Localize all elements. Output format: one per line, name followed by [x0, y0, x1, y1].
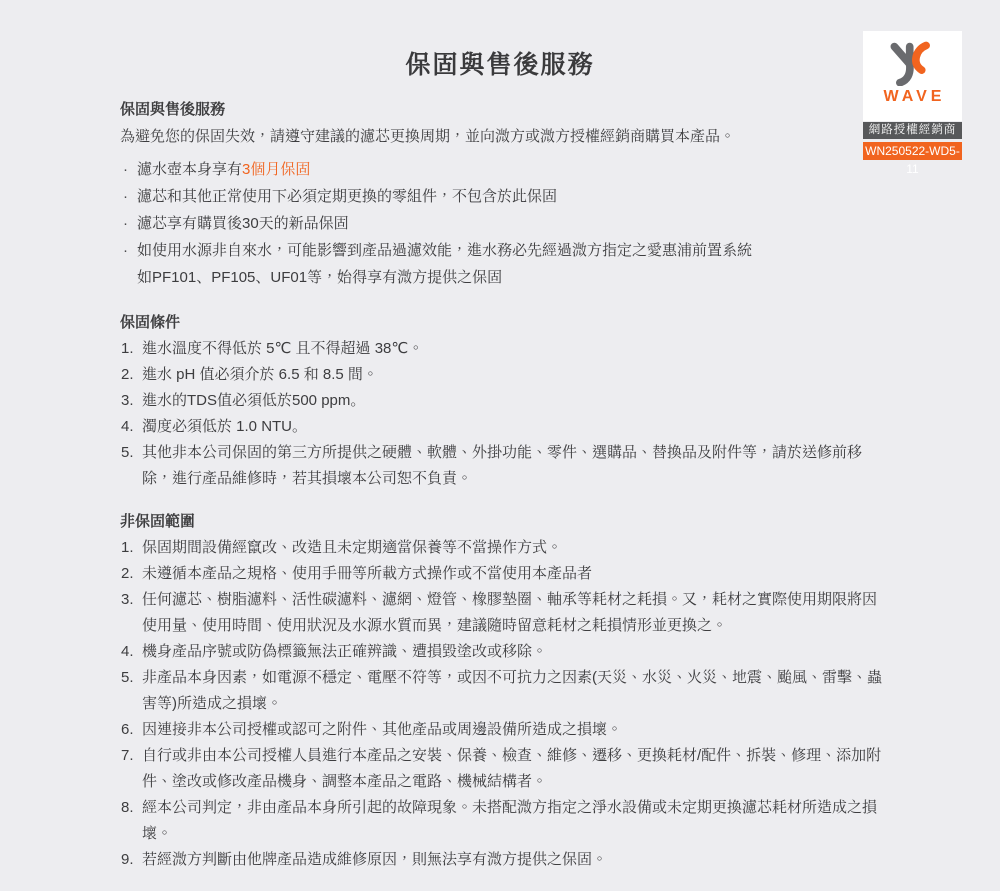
bullet-item: 濾水壺本身享有3個月保固: [120, 156, 886, 183]
list-item: 濁度必須低於 1.0 NTU。: [120, 414, 886, 440]
brand-logo-box: WAVE: [863, 31, 962, 121]
bullet-text: 濾水壺本身享有: [137, 161, 242, 178]
brand-wordmark: WAVE: [880, 88, 946, 106]
list-item: 機身產品序號或防偽標籤無法正確辨識、遭損毀塗改或移除。: [120, 639, 886, 665]
list-item: 進水溫度不得低於 5℃ 且不得超過 38℃。: [120, 336, 886, 362]
list-item: 若經溦方判斷由他牌產品造成維修原因，則無法享有溦方提供之保固。: [120, 847, 886, 873]
list-item: 經本公司判定，非由產品本身所引起的故障現象。未搭配溦方指定之淨水設備或未定期更換…: [120, 795, 886, 847]
exclusions-heading: 非保固範圍: [120, 508, 886, 535]
bullet-text: 如使用水源非自來水，可能影響到產品過濾效能，進水務必先經過溦方指定之愛惠浦前置系…: [137, 237, 886, 264]
conditions-list: 進水溫度不得低於 5℃ 且不得超過 38℃。 進水 pH 值必須介於 6.5 和…: [120, 336, 886, 492]
list-item: 因連接非本公司授權或認可之附件、其他產品或周邊設備所造成之損壞。: [120, 717, 886, 743]
bullet-item: 濾芯和其他正常使用下必須定期更換的零組件，不包含於此保固: [120, 183, 886, 210]
wave-logo-icon: [884, 40, 942, 86]
list-item: 自行或非由本公司授權人員進行本產品之安裝、保養、檢查、維修、遷移、更換耗材/配件…: [120, 743, 886, 795]
list-item: 進水的TDS值必須低於500 ppm。: [120, 388, 886, 414]
bullet-text: 濾芯和其他正常使用下必須定期更換的零組件，不包含於此保固: [137, 188, 557, 205]
bullet-text-continued: 如PF101、PF105、UF01等，始得享有溦方提供之保固: [137, 264, 886, 291]
dealer-label: 網路授權經銷商: [863, 122, 962, 139]
page-title: 保固與售後服務: [0, 0, 1000, 81]
bullet-highlight: 3個月保固: [242, 161, 310, 178]
list-item: 任何濾芯、樹脂濾料、活性碳濾料、濾網、燈管、橡膠墊圈、軸承等耗材之耗損。又，耗材…: [120, 587, 886, 639]
list-item: 非產品本身因素，如電源不穩定、電壓不符等，或因不可抗力之因素(天災、水災、火災、…: [120, 665, 886, 717]
list-item: 進水 pH 值必須介於 6.5 和 8.5 間。: [120, 362, 886, 388]
list-item: 保固期間設備經竄改、改造且未定期適當保養等不當操作方式。: [120, 535, 886, 561]
document-body: 保固與售後服務 為避免您的保固失效，請遵守建議的濾芯更換周期，並向溦方或溦方授權…: [120, 96, 886, 873]
intro-bullet-list: 濾水壺本身享有3個月保固 濾芯和其他正常使用下必須定期更換的零組件，不包含於此保…: [120, 156, 886, 291]
conditions-heading: 保固條件: [120, 309, 886, 336]
intro-heading: 保固與售後服務: [120, 96, 886, 123]
intro-paragraph: 為避免您的保固失效，請遵守建議的濾芯更換周期，並向溦方或溦方授權經銷商購買本產品…: [120, 123, 886, 150]
dealer-badge: WAVE 網路授權經銷商 WN250522-WD5-11: [863, 31, 962, 160]
list-item: 未遵循本產品之規格、使用手冊等所載方式操作或不當使用本產品者: [120, 561, 886, 587]
bullet-item: 濾芯享有購買後30天的新品保固: [120, 210, 886, 237]
list-item: 其他非本公司保固的第三方所提供之硬體、軟體、外掛功能、零件、選購品、替換品及附件…: [120, 440, 886, 492]
bullet-text: 濾芯享有購買後30天的新品保固: [137, 215, 349, 232]
exclusions-list: 保固期間設備經竄改、改造且未定期適當保養等不當操作方式。 未遵循本產品之規格、使…: [120, 535, 886, 873]
bullet-item: 如使用水源非自來水，可能影響到產品過濾效能，進水務必先經過溦方指定之愛惠浦前置系…: [120, 237, 886, 291]
